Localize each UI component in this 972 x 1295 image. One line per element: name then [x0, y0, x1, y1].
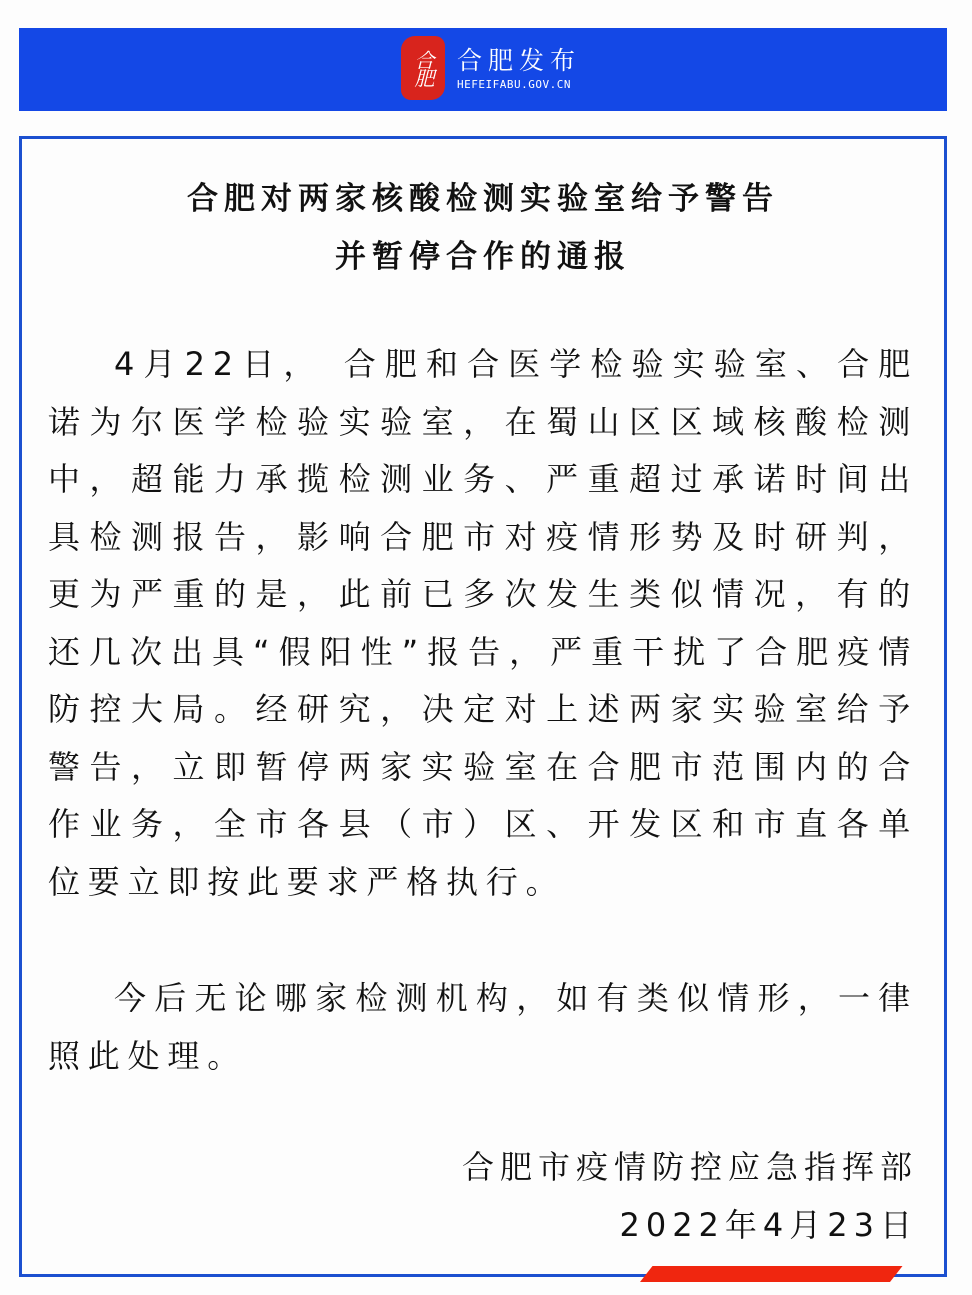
hefei-fabu-logo: 合肥 合肥发布 HEFEIFABU.GOV.CN: [401, 36, 581, 100]
logo-text: 合肥发布 HEFEIFABU.GOV.CN: [457, 46, 581, 91]
notice-title-line2: 并暂停合作的通报: [22, 231, 944, 276]
notice-title-line1: 合肥对两家核酸检测实验室给予警告: [22, 173, 944, 218]
issue-date: 2022年4月23日: [619, 1200, 918, 1246]
issuer-signature: 合肥市疫情防控应急指挥部: [462, 1142, 918, 1188]
decorative-red-bar: [640, 1266, 903, 1282]
notice-paragraph-1: 4月22日， 合肥和合医学检验实验室、合肥诺为尔医学检验实验室，在蜀山区区域核酸…: [48, 336, 918, 911]
notice-paragraph-2: 今后无论哪家检测机构，如有类似情形，一律照此处理。: [48, 970, 918, 1085]
brand-name-en: HEFEIFABU.GOV.CN: [457, 78, 581, 91]
notice-frame: 合肥对两家核酸检测实验室给予警告 并暂停合作的通报 4月22日， 合肥和合医学检…: [19, 136, 947, 1277]
brand-name-cn: 合肥发布: [457, 46, 581, 76]
hefei-seal-icon: 合肥: [401, 36, 445, 100]
